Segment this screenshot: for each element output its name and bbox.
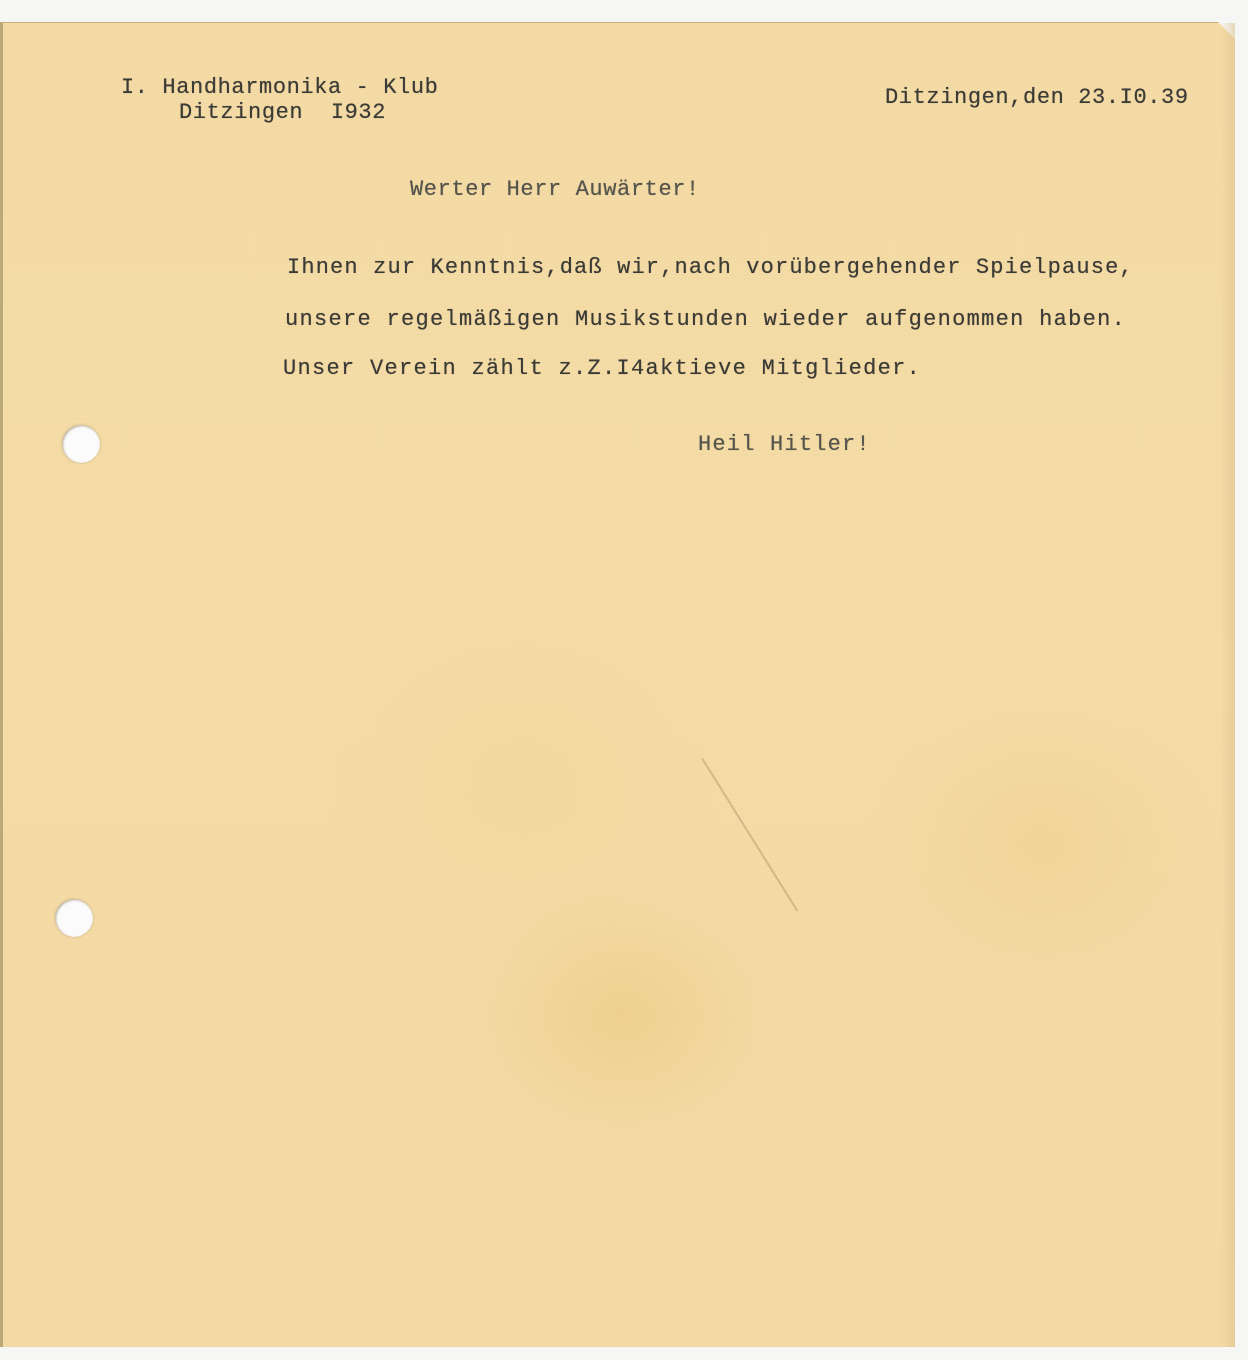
body-line-1: Ihnen zur Kenntnis,daß wir,nach vorüberg… [287, 255, 1134, 280]
punch-hole-bottom [55, 899, 93, 937]
folded-corner [1218, 22, 1236, 40]
dateline: Ditzingen,den 23.I0.39 [885, 85, 1189, 110]
closing: Heil Hitler! [698, 432, 871, 457]
letterhead-location-year: Ditzingen I932 [179, 100, 386, 125]
body-line-2: unsere regelmäßigen Musikstunden wieder … [285, 307, 1126, 332]
paper-crease [701, 758, 798, 912]
punch-hole-top [62, 425, 100, 463]
letterhead-club-name: I. Handharmonika - Klub [121, 75, 438, 100]
letter-page: I. Handharmonika - Klub Ditzingen I932 D… [0, 22, 1235, 1347]
body-line-3: Unser Verein zählt z.Z.I4aktieve Mitglie… [283, 356, 921, 381]
salutation: Werter Herr Auwärter! [410, 177, 700, 202]
